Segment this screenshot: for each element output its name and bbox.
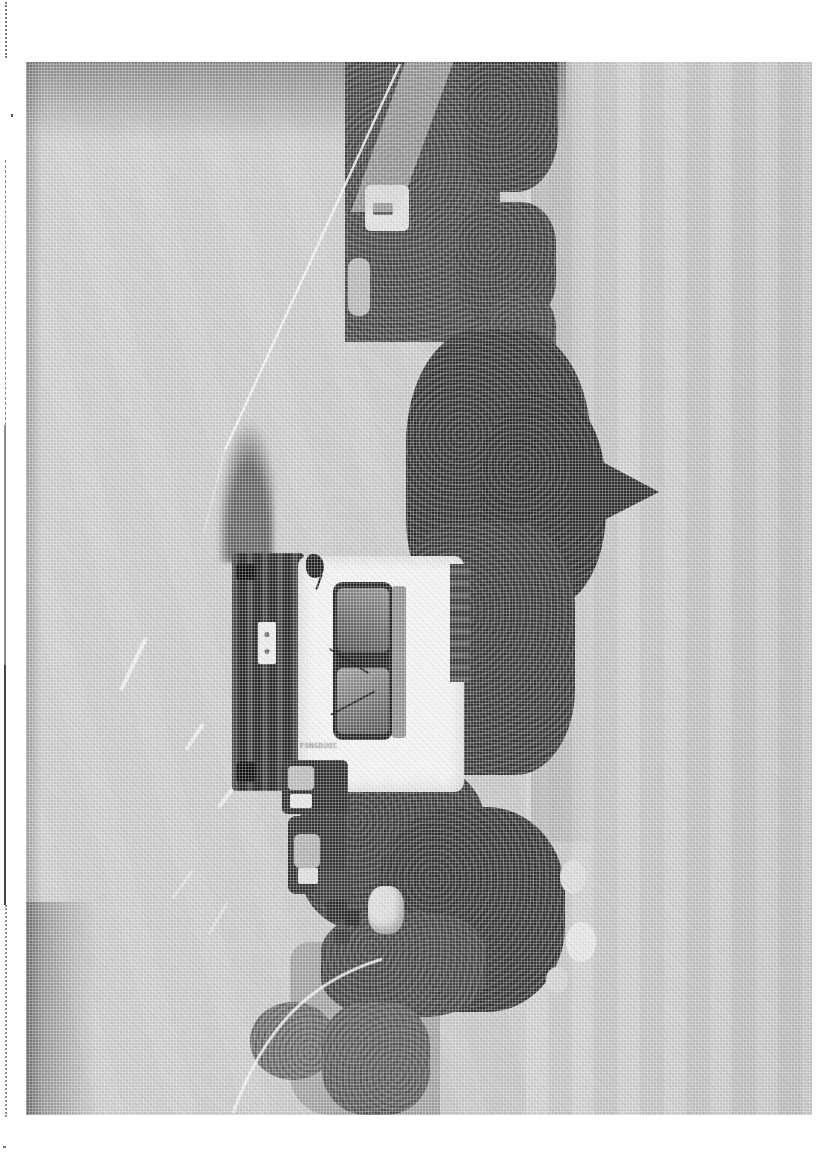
following-truck-windshield xyxy=(288,766,314,790)
center-dash xyxy=(209,903,227,934)
scan-artifact-line xyxy=(5,905,7,1117)
scan-artifact-line xyxy=(4,665,6,905)
cargo-load xyxy=(450,564,470,682)
scan-speck xyxy=(3,1146,6,1148)
scan-artifact-line xyxy=(5,160,6,425)
truck-front-marking: FONGDUOC xyxy=(300,742,366,753)
halftone-photo: 1H 4·0·5·4·6 52 FONGDUOC xyxy=(26,62,812,1115)
scanned-page: 1H 4·0·5·4·6 52 FONGDUOC xyxy=(0,0,825,1168)
center-dash xyxy=(173,870,193,898)
following-truck-hood xyxy=(290,794,312,808)
shoulder-curve-line xyxy=(233,959,382,1113)
headlight xyxy=(236,762,256,782)
headlight xyxy=(236,564,256,580)
following-truck-hood xyxy=(298,868,318,884)
scan-artifact-line xyxy=(5,2,7,58)
cab-header-marking: 1H 4·0·5·4·6 52 xyxy=(394,589,405,729)
center-dash xyxy=(121,638,146,690)
truck-chassis xyxy=(232,553,304,791)
truck-shadow xyxy=(218,422,274,562)
road-edge-line xyxy=(225,64,400,450)
small-vehicle xyxy=(315,870,353,902)
truck-windshield xyxy=(333,582,393,740)
license-plate xyxy=(258,622,276,664)
windshield-pane xyxy=(337,588,389,652)
small-vehicle xyxy=(334,930,350,944)
center-dash xyxy=(186,724,203,750)
scan-artifact-line xyxy=(4,425,6,665)
small-vehicle xyxy=(344,910,360,926)
scan-speck xyxy=(11,114,13,117)
following-truck-windshield xyxy=(294,834,320,868)
white-vehicle xyxy=(368,886,404,934)
windshield-pane xyxy=(337,668,389,734)
